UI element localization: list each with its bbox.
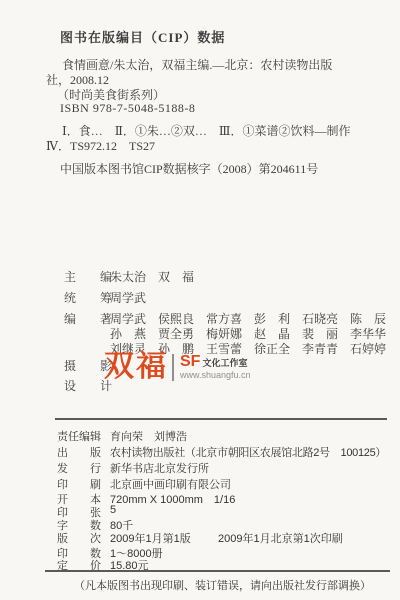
cip-isbn: ISBN 978-7-5048-5188-8 [60, 101, 195, 116]
logo-website-url: www.shuangfu.cn [180, 371, 251, 381]
pub-row-value: 新华书店北京发行所 [110, 460, 209, 476]
logo-right-block: SF 文化工作室 www.shuangfu.cn [180, 354, 251, 381]
pub-row-value: 720mm X 1000mm 1/16 [110, 491, 235, 507]
cip-classification-line2: Ⅳ．TS972.12 TS27 [46, 137, 155, 154]
cip-record-number: 中国版本图书馆CIP数据核字（2008）第204611号 [60, 160, 318, 177]
coordinator-value: 周学武 [110, 289, 146, 306]
pub-row-label: 发 行 [57, 460, 101, 476]
divider-bottom-rule [45, 570, 390, 572]
logo-sf-monogram: SF [180, 354, 200, 370]
shuangfu-logo-brand-text: 双福 [104, 352, 168, 382]
pub-row-label: 出 版 [57, 444, 101, 460]
chief-editor-value: 朱太治 双 福 [110, 268, 194, 285]
pub-row-value: 5 [110, 504, 116, 516]
chief-editor-label: 主 编 [64, 268, 112, 285]
pub-row-label: 印 刷 [57, 476, 101, 492]
pub-row-value: 农村读物出版社（北京市朝阳区农展馆北路2号 100125） [110, 444, 386, 460]
cip-copyright-page: 图书在版编目（CIP）数据 食情画意/朱太治，双福主编.—北京：农村读物出版 社… [0, 0, 400, 600]
cip-heading: 图书在版编目（CIP）数据 [60, 27, 225, 46]
authors-label: 编 著 [64, 310, 112, 327]
misprint-exchange-notice: （凡本版图书出现印刷、装订错误，请向出版社发行部调换） [74, 577, 371, 593]
pub-row-value: 北京画中画印刷有限公司 [110, 476, 231, 492]
pub-row-value-second: 2009年1月北京第1次印刷 [218, 530, 343, 546]
logo-studio-name: 文化工作室 [202, 359, 247, 369]
coordinator-label: 统 筹 [64, 289, 112, 306]
pub-row-value: 2009年1月第1版 [110, 530, 191, 546]
logo-divider-bar [172, 354, 174, 381]
shuangfu-logo: 双福 SF 文化工作室 www.shuangfu.cn [104, 352, 251, 382]
pub-row-value: 育向荣 刘博浩 [110, 428, 187, 444]
pub-row-label: 责任编辑 [57, 428, 101, 444]
divider-top-rule [55, 418, 387, 420]
pub-row-label: 版 次 [57, 530, 101, 546]
